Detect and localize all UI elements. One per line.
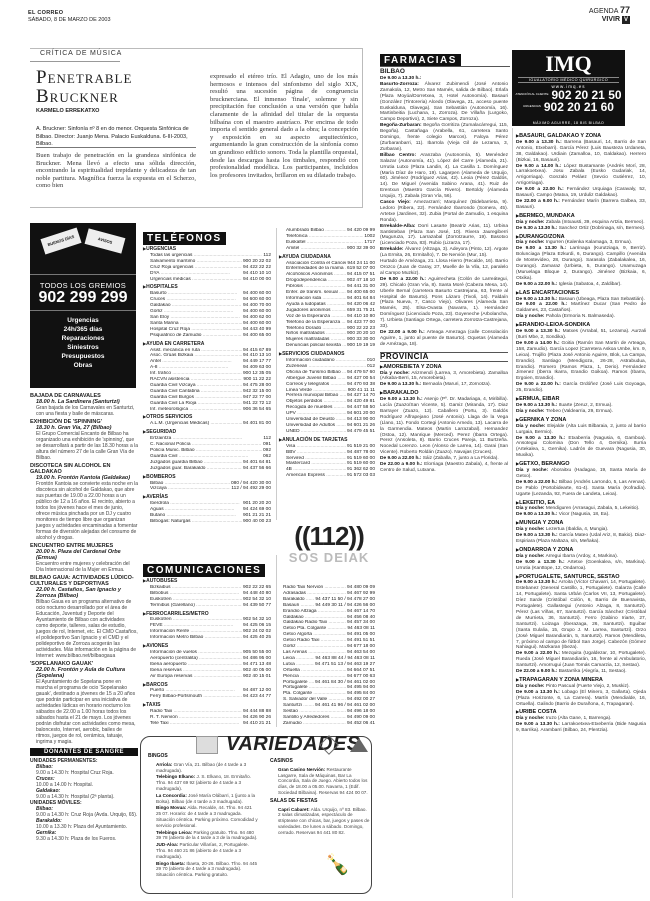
pharmacy-text: Aranzaba (Autonomía, 5). Menéndez Salaza… [380, 153, 508, 199]
phone-name: Air Europa reservas [150, 674, 242, 680]
phone-row: Juzgados guar. Barakaldo94 437 56 66 [143, 466, 271, 472]
casinos-heading: CASINOS [270, 759, 370, 765]
phone-row: Tele Taxi94 410 21 21 [143, 721, 271, 727]
pharmacy-entry: Día y noche: Aboraitxu (Hadagao, 19, San… [516, 468, 646, 480]
venue-item: Telebingo Leioa: Parking gratuito. Tfno.… [148, 830, 258, 842]
phone-name: Urgencias médicas [150, 277, 242, 283]
phone-row: A.L.M. (Urgencias Médicas)94 401 81 00 [143, 421, 271, 427]
time-label: Día y noche: [380, 371, 410, 376]
phone-name: Denuncias policial sexista [286, 343, 346, 349]
phone-number: 900 19 19 19 [346, 343, 375, 349]
pharmacy-entry: De 9.00 a 13.30 h.: Larrinaga (Kurutziag… [516, 246, 646, 281]
time-label: De 9.00 a 22.00 h.: [516, 302, 567, 307]
phone-number: 91 572 03 03 [346, 473, 375, 479]
venue-item: Capri Cabaret: Alda. Urquijo, nº 83. Bil… [270, 807, 370, 836]
time-label: De 22.00 a 9.00 h.: [380, 330, 425, 335]
review-kicker: CRÍTICA DE MÚSICA [40, 50, 122, 57]
emergency-label: SOS DEIAK [283, 550, 375, 565]
phone-name: Bilbogas: Naturgás [150, 519, 242, 525]
pharmacy-entry: De 9.00 a 22.00 h.: Fernández Urquiaga (… [516, 187, 646, 199]
time-label: Día y noche: [516, 424, 545, 429]
time-label: De 9.00 a 13.30 h.: [516, 560, 565, 565]
phone-number: 94 425 40 25 [242, 635, 271, 641]
phone-row: Air Europa reservas902 40 15 01 [143, 674, 271, 680]
fiestas-heading: SALAS DE FIESTAS [270, 799, 370, 805]
phone-number: 900 40 00 23 [242, 519, 271, 525]
event-item: EXHIBICIÓN DE 'SPINNING'18.30 h. Gran Ví… [30, 419, 138, 461]
phone-name: Psiquiátrico de Zamudio [150, 333, 242, 339]
time-label: De 9.30 a 13.30 h.: [516, 226, 557, 231]
time-label: Día y noche: [516, 716, 545, 721]
time-label: De 9.00 a 13.30 h.: [516, 403, 557, 408]
ad-phone: 902 299 299 [30, 290, 136, 311]
taxi-list: Radio Taxi Nervión94 480 09 09Adrasadas9… [283, 585, 375, 727]
pharmacy-text: Pahola (Ermoria N. Balmaseda). [546, 314, 615, 319]
pharmacy-entry: De 22.00 a 9.00 h.: Elorriaga (Maestro Z… [380, 462, 508, 474]
area-heading: ERMUA, EIBAR [516, 396, 646, 403]
comunicaciones-list: AUTOBUSESBizkaibus902 22 22 65Bilbobus94… [143, 576, 271, 727]
time-label: Día y noche: [516, 409, 545, 414]
zone-label: Basurto-Zorroza: [380, 82, 419, 87]
pharmacy-entry: De 22.00 a 9.00 h.: Arteaga Amezaga (cal… [380, 330, 508, 348]
phone-number: 94 423 44 77 [242, 694, 271, 700]
donantes-text: 9.30 a 14.30 h: Plaza de los Fueros. [30, 836, 138, 842]
pharmacy-entry: De 9.00 a 13.30 h.: Vicor (Nagusia, 18, … [516, 512, 646, 518]
phone-name: Inf. meteorológica [150, 407, 242, 413]
provincia-heading: PROVINCIA [380, 352, 508, 362]
event-item: BILBAO GAUA: ACTIVIDADES LÚDICO-CULTURAL… [30, 575, 138, 659]
time-label: De 9.00 a 22.00 h.: [516, 480, 557, 485]
imq-logo: IMQ [512, 52, 625, 76]
emergency-number: ((112)) [283, 522, 375, 550]
pharmacy-text: Basaun (Ubeaga, Plaza San Sebastián). [559, 297, 645, 302]
venue-item: Bingo Ibaeta: Ibaeta, 20-26. Bilbao. Tfn… [148, 861, 258, 878]
area-heading: BERMEO, MUNDAKA [516, 213, 646, 220]
pharmacy-entry: De 9.00 a 13.30 h.: Lobago (El Minero, 3… [516, 690, 646, 708]
phone-category: BOMBEROS [143, 474, 271, 481]
phone-name: UNED [286, 429, 346, 435]
pharmacy-entry: De 22.00 a 9.00 h.: Bastarrika (Alegría,… [516, 669, 646, 675]
time-label: De 9.00 a 13.30 h.: [516, 140, 562, 145]
phone-category: ANULACIÓN DE TARJETAS [279, 437, 375, 444]
phone-name: American Express [286, 473, 346, 479]
phone-name: Juzgados guar. Barakaldo [150, 466, 242, 472]
flag-icon: AVISOS [85, 228, 126, 253]
venue-name: Bingo Movua: [156, 805, 186, 810]
phone-category: AYUDA CIUDADANA [279, 254, 375, 261]
ad-todos-los-gremios[interactable]: BUENOS DÍAS AVISOS TODOS LOS GREMIOS 902… [30, 223, 136, 388]
pharmacy-entry: Errekalde: Álvarez (Altzaga, 3). Adeyora… [380, 247, 508, 259]
time-label: De 9.00 a 13.30 h.: [516, 297, 557, 302]
service-item: Urgencias [30, 316, 136, 325]
divider [276, 228, 277, 520]
pharmacy-entry: De 9.00 a 22.00 h.: García Ordóñez (José… [516, 382, 646, 394]
service-item: Obras [30, 361, 136, 370]
event-text: Bilbao Gaua es un programa alternativo d… [30, 599, 138, 659]
pharmacy-entry: De 9.00 a 22.00 h.: Mezquita (Ugaldezar,… [516, 651, 646, 669]
phone-name: Termibús (Garellano) [150, 603, 242, 609]
time-label: De 9.00 a 13.30 h.: [516, 580, 558, 585]
bingos-list: BINGOSArriola: Gran Vía, 21. Bilbao (de … [148, 752, 258, 879]
event-title: DISCOTECA SIN ALCOHOL EN GALDAKAO [30, 463, 138, 475]
event-text: El Ayuntamiento de Sopelana pone en marc… [30, 679, 138, 745]
pharmacy-text: Bastarrika (Alegría, 11, Sestao). [559, 669, 627, 674]
pharmacy-entry: Día y noche: Pahola (Ermoria N. Balmased… [516, 314, 646, 320]
imq-subtitle: IGUALATORIO MÉDICO QUIRÚRGICO [518, 77, 619, 83]
time-label: De 9.00 a 13.30 h.: [516, 512, 557, 517]
pharmacy-entry: Begoña-Zurbaran: Begoña Gorritiza (Zumal… [380, 123, 508, 153]
time-label: De 9.00 a 22.00 h.: [380, 456, 421, 461]
phone-number: 94 479 45 51 [346, 429, 375, 435]
zone-label: Casco Viejo: [380, 200, 411, 205]
phone-category: AYUDA EN CARRETERA [143, 341, 271, 348]
agenda-events: BAJADA DE CARNAVALES18.00 h. La Sardiner… [30, 393, 138, 842]
title-line: Bruckner [36, 87, 132, 106]
phone-number: 906 36 54 65 [242, 407, 271, 413]
paper-name: EL CORREO [28, 10, 63, 16]
masthead: EL CORREO SÁBADO, 8 DE MARZO DE 2003 [28, 10, 111, 24]
phone-row: Psiquiátrico de Zamudio94 400 65 00 [143, 333, 271, 339]
venue-item: JUD-Aloa: Particular Villarías, 2, Portu… [148, 842, 258, 859]
zone-label: Bilbao Centro: [380, 153, 416, 158]
imq-phone-row: URGENCIAS902 20 21 60 [512, 101, 625, 113]
pharmacy-text: Larrinaga (Kurutziaga, 9, Berriz). Bolun… [516, 246, 646, 281]
service-item: 24h/365 días [30, 325, 136, 334]
pharmacy-entry: De 9.00 a 14.00 h.: López Bustamante (An… [516, 164, 646, 188]
pharmacy-entry: De 9.00 a 22.00 h.: Martínez Ducar (San … [516, 302, 646, 314]
pharmacy-text: Zabala (Intxausti, 39, esquina Artzia, B… [546, 220, 645, 225]
time-label: Día y noche: [516, 314, 545, 319]
time-label: Día y noche: [516, 554, 545, 559]
phone-category: SEGURIDAD [143, 429, 271, 436]
pharmacy-entry: De 9.00 a 13.30 h.: Arroita (Víctor Chav… [516, 580, 646, 651]
time-label: De 9.00 a 13.30 h.: [516, 329, 560, 334]
pharmacy-entry: De 9.30 a 13.30 h.: Sanchez Ortiz (Dobri… [516, 226, 646, 232]
phone-number: 94 401 81 00 [242, 421, 271, 427]
pharmacy-entry: De 9.00 a 13.30 h.: Larrakoetxea-Etxeber… [516, 722, 646, 734]
champagne-glasses-icon: 🍾 [325, 852, 350, 877]
venue-item: Arriola: Gran Vía, 21. Bilbao (de 4 tard… [148, 762, 258, 774]
phone-row: Ferry Bilbao-Portsmouth94 423 44 77 [143, 694, 271, 700]
review-body-col2: expresado el etéreo trío. El Adagio, uno… [210, 73, 358, 179]
pharmacy-text: Arregui Ibarra (Ardoy, 4, Markina). [546, 554, 618, 559]
phone-category: URGENCIAS [143, 246, 271, 253]
zone-label: Errekalde-Alba: [380, 224, 415, 229]
telefonos-column-2: Alumbrado Bilbao94 420 09 99Telefónica10… [279, 228, 375, 479]
time-label: De 9.00 a 22.00 h.: [516, 382, 561, 387]
pharmacy-entry: De 9.00 a 14.00 h.: Goitia (Ramón San Ma… [516, 341, 646, 382]
phone-row: Vizcaya112 / 94 492 29 00 [143, 486, 271, 492]
time-label: De 9.00 a 13.30 h.: [516, 690, 560, 695]
bingos-heading: BINGOS [148, 754, 258, 760]
pharmacy-text: Ingurren (Kalenka Kalamaga, 3, Ermua). [546, 240, 632, 245]
venue-name: Gran Casino Nervión: [278, 767, 325, 772]
pharmacy-text: Goitia (Ramón San Martín de Arteaga, 158… [516, 341, 646, 381]
time-label: De 9.00 a 22.00 h.: [516, 187, 564, 192]
phone-name: Tele Taxi [150, 721, 242, 727]
pharmacy-entry: De 9.00 a 13.30 h.: Etxaberria (Nagusia,… [516, 436, 646, 460]
bilbao-heading: BILBAO [380, 66, 510, 75]
review-body-col1: Buen trabajo de penetración en la grande… [36, 152, 196, 190]
pharmacy-entry: De 9.00 a 22.00 h.: Aguirrecheta (Colón … [380, 277, 508, 330]
pharmacy-entry: De 9.00 a 13.30 h.: Matxes (Arrabal, 51,… [516, 329, 646, 341]
area-heading: GERNIKA Y ZONA [516, 417, 646, 424]
event-item: DISCOTECA SIN ALCOHOL EN GALDAKAO19.00 h… [30, 463, 138, 541]
pharmacy-entry: Basurto-Zorroza: Álvarez Zubimendi (José… [380, 82, 508, 123]
ad-112-sos-deiak[interactable]: ((112)) SOS DEIAK [283, 522, 375, 565]
time-label: De 22.00 a 9.00 h.: [516, 669, 557, 674]
event-time: 22.00 h. Castaños, San Ignacio y Zorroza… [30, 587, 138, 599]
pharmacy-entry: De 9.00 a 13.30 h.: Bernaola (Maruri, 17… [380, 382, 508, 388]
donantes-title: DONANTES DE SANGRE [30, 748, 138, 756]
time-label: De 9.00 a 13.30 h.: [516, 722, 560, 727]
pharmacy-entry: De 9.00 a 13.30 h.: Asenjo (Pº. Dr. Mada… [380, 397, 508, 456]
area-heading: GETXO, BERANGO [516, 461, 646, 468]
flags-logo: BUENOS DÍAS AVISOS [30, 223, 136, 275]
venue-name: La Concordia: [156, 793, 187, 798]
farmacias-provincia-column: BASAURI, GALDAKAO Y ZONADe 9.00 a 13.30 … [516, 131, 646, 734]
flag-icon: BUENOS DÍAS [40, 228, 81, 255]
phone-number: 94 410 00 00 [242, 277, 271, 283]
venue-name: JUD-Aloa: [156, 842, 178, 847]
ad-imq[interactable]: IMQ IGUALATORIO MÉDICO QUIRÚRGICO www.im… [512, 50, 625, 120]
subsection-name: VIVIR [602, 16, 620, 23]
review-title: Penetrable Bruckner [36, 68, 132, 106]
pharmacy-entry: De 9.00 a 22.00 h.: Bilbao (Andrés Larro… [516, 480, 646, 498]
pharmacy-text: Mendiguren (Arrasagui, Zabala, 5, Lekeit… [546, 506, 640, 511]
time-label: Día y noche: [516, 527, 545, 532]
phone-row: Bilbogas: Naturgás900 40 00 23 [143, 519, 271, 525]
pharmacy-entry: De 9.00 a 22.00 h.: Iglesia (Sabatoa, 4,… [516, 282, 646, 288]
section-header: AGENDA 77 VIVIR V [589, 6, 630, 24]
event-time: 22.00 h. Frontón y Aula de Cultura (Sope… [30, 667, 138, 679]
event-time: 20.00 h. Plaza del Cardenal Orbe (Ermua) [30, 549, 138, 561]
time-label: De 9.00 a 13.30 h.: [516, 436, 565, 441]
venue-name: Capri Cabaret: [278, 807, 310, 812]
pharmacy-text: Sanchez Ortiz (Dobrinaga, s/n, Bermeo). [559, 226, 646, 231]
farmacias-bilbao-column: De 9.00 a 13.30 h.:Basurto-Zorroza: Álva… [380, 76, 508, 474]
venue-item: Gran Casino Nervión: Restaurante Lasgarr… [270, 767, 370, 796]
time-label: Día y noche: [516, 220, 545, 225]
service-item: Presupuestos [30, 352, 136, 361]
time-label: De 9.00 a 13.30 h.: [516, 533, 558, 538]
time-label: De 9.00 a 22.00 h.: [516, 282, 557, 287]
time-label: Día y noche: [516, 468, 548, 473]
pharmacy-text: Asenjo (Pº. Dr. Madariaga, 4, Miribilla)… [380, 397, 508, 455]
event-text: Frontón Kantoia se convierte esta noche … [30, 481, 138, 541]
venue-item: Telebingo Elkano: J. S. Elkano, 18. Ermi… [148, 774, 258, 791]
pharmacy-text: Iglesia (Sabatoa, 4, Zaldibar). [559, 282, 622, 287]
divider [36, 147, 196, 148]
area-heading: ONDARROA Y ZONA [516, 547, 646, 554]
phone-number: 94 439 50 77 [242, 603, 271, 609]
event-item: BAJADA DE CARNAVALES18.00 h. La Sardiner… [30, 393, 138, 417]
title-line: Penetrable [36, 68, 132, 87]
service-item: Siniestros [30, 343, 136, 352]
phone-number: 94 437 56 66 [242, 466, 271, 472]
time-label: De 9.00 a 22.00 h.: [380, 277, 426, 282]
phone-name: Información Metro Bilbao [150, 635, 242, 641]
phone-row: Inf. meteorológica906 36 54 65 [143, 407, 271, 413]
pharmacy-text: Trebeo (Valdearria, 29, Ermua). [546, 409, 613, 414]
phone-category: AUTOBUSES [143, 578, 271, 585]
pharmacy-text: Álvarez Zubimendi (José Antonio Zamakola… [380, 82, 508, 122]
phone-name: Amitel [286, 246, 346, 252]
time-label: De 9.00 a 13.30 h.: [516, 246, 566, 251]
venue-name: Bingo Ibaeta: [156, 861, 185, 866]
phone-row: Zamudio94 452 06 41 [283, 721, 375, 727]
phone-number: 94 410 21 21 [242, 721, 271, 727]
pharmacy-entry: Día y noche: Elejalde (Alta Luis Bilbara… [516, 424, 646, 436]
event-text: El Grupo Comercial Encanto de Bilbao ha … [30, 431, 138, 461]
area-heading: TRAPAGARAN Y ZONA MINERA [516, 677, 646, 684]
page-number: 77 [620, 5, 630, 15]
telefonos-column-1: URGENCIASTodas las urgencias112Salvament… [143, 244, 271, 525]
event-text: Encuentro entre mujeres y celebración de… [30, 561, 138, 573]
phone-number: 112 / 94 492 29 00 [230, 486, 271, 492]
issue-date: SÁBADO, 8 DE MARZO DE 2003 [28, 17, 111, 23]
zone-label: Errekalde: [380, 247, 403, 252]
phone-category: AVIONES [143, 643, 271, 650]
pharmacy-entry: Día y noche: Arizmendi (Larrea, 3, Amore… [380, 371, 508, 383]
time-label: Día y noche: [516, 506, 545, 511]
pharmacy-text: Arroita (Víctor Chavarri, 14, Portugalet… [516, 580, 646, 650]
venue-name: Telebingo Leioa: [156, 830, 192, 835]
area-heading: AMOREBIETA Y ZONA [380, 364, 508, 371]
time-label: De 22.00 a 9.00 h.: [380, 462, 423, 467]
ad-services: Urgencias 24h/365 días Reparaciones Sini… [30, 316, 136, 370]
pharmacy-entry: De 9.00 a 13.30 h.: Barrena (Basauri, 14… [516, 140, 646, 164]
venue-item: La Concordia: José María Olábarri, 1 (ju… [148, 793, 258, 805]
event-item: ENCUENTRO ENTRE MUJERES20.00 h. Plaza de… [30, 543, 138, 573]
phone-row: American Express91 572 03 03 [279, 473, 375, 479]
divider [30, 61, 120, 62]
pharmacy-entry: Día y noche: Trebeo (Valdearria, 29, Erm… [516, 409, 646, 415]
pharmacy-entry: De 22.00 a 9.00 h.: Fernández Marín (Bar… [516, 199, 646, 211]
time-label: De 9.00 a 14.00 h.: [516, 341, 560, 346]
pharmacy-entry: De 9.00 a 13.30 h.: Artetxe (Goenkalea, … [516, 560, 646, 572]
venue-name: Telebingo Elkano: [156, 774, 195, 779]
review-info: A. Bruckner: Sinfonía nº 8 en do menor. … [36, 126, 196, 149]
phone-number: 902 40 15 01 [242, 674, 271, 680]
pharmacy-entry: Hurtado de Amézaga, 21. Llosa Hierro (Re… [380, 259, 508, 277]
pharmacy-text: Aguirrecheta (Colón de Larreátegui, 29).… [380, 277, 508, 329]
phone-row: Información Metro Bilbao94 425 40 25 [143, 635, 271, 641]
time-label: Día y noche: [516, 240, 545, 245]
time-label: Día y noche: [516, 684, 545, 689]
phone-category: SERVICIOS CIUDADANOS [279, 351, 375, 358]
pharmacy-text: Lezertua (Ibaldia, 4, Mungia). [546, 527, 608, 532]
phone-name: Ferry Bilbao-Portsmouth [150, 694, 242, 700]
phone-row: Amitel900 32 39 00 [279, 246, 375, 252]
pharmacy-entry: Errekalde-Alba: Dorri Lasarte (Beatriz A… [380, 224, 508, 248]
phone-number: 94 400 65 00 [242, 333, 271, 339]
phone-number: 94 452 06 41 [346, 721, 375, 727]
time-label: De 9.00 a 22.00 h.: [516, 651, 560, 656]
imq-phone-label: ATENCIÓN AL CLIENTE [515, 93, 548, 97]
venue-item: Bingo Movua: Alda. Recalde, 44. Tfno. 94… [148, 805, 258, 828]
divider [512, 128, 513, 898]
divider [276, 555, 277, 727]
phone-row: Denuncias policial sexista900 19 19 19 [279, 343, 375, 349]
cards-icon [350, 738, 368, 752]
event-text: Gran bajada de los Carnavales en Santurt… [30, 405, 138, 417]
zone-label: Begoña-Zurbaran: [380, 123, 422, 128]
phone-name: Zamudio [283, 721, 346, 727]
pharmacy-text: Pinto Pascual (Fuerte Viejo, 2, Muskiz). [546, 684, 630, 689]
subsection-tag: V [622, 16, 630, 24]
service-item: Reparaciones [30, 334, 136, 343]
pharmacy-text: Vicor (Nagusia, 18, Ea). [559, 512, 610, 517]
pharmacy-text: Bernaola (Maruri, 17, Zornotza). [423, 382, 491, 387]
phone-row: Urgencias médicas94 410 00 00 [143, 277, 271, 283]
pharmacy-entry: Bilbao Centro: Aranzaba (Autonomía, 5). … [380, 153, 508, 200]
imq-phone: 902 20 21 60 [544, 101, 614, 113]
event-item: 'SOPELANAKO GAUAK'22.00 h. Frontón y Aul… [30, 661, 138, 745]
time-label: De 9.00 a 13.30 h.: [380, 397, 423, 402]
imq-phone-label: URGENCIAS [523, 105, 541, 109]
phone-name: A.L.M. (Urgencias Médicas) [150, 421, 242, 427]
pharmacy-text: Sáiz (Zaballa, 7, junto a La Florida). [423, 456, 499, 461]
phone-row: UNED94 479 45 51 [279, 429, 375, 435]
section-name: AGENDA [589, 8, 618, 15]
pharmacy-entry: De 9.00 a 13.30 h.: García Mateo (Udal A… [516, 533, 646, 545]
area-heading: LAS ENCARTACIONES [516, 290, 646, 297]
time-label: De 9.00 a 14.00 h.: [516, 164, 561, 169]
pharmacy-text: Iruzo (Alta Gane, 1, Barrenga). [546, 716, 612, 721]
time-label: De 9.00 a 13.30 h.: [380, 76, 421, 81]
venue-name: Arriola: [156, 762, 172, 767]
event-title: BILBAO GAUA: ACTIVIDADES LÚDICO-CULTURAL… [30, 575, 138, 587]
phone-row: Termibús (Garellano)94 439 50 77 [143, 603, 271, 609]
casinos-list: CASINOSGran Casino Nervión: Restaurante … [270, 757, 370, 836]
time-label: De 9.00 a 13.30 h.: [380, 382, 421, 387]
phone-name: Vizcaya [150, 486, 230, 492]
imq-address: MÁXIMO AGUIRRE, 18 BIS BILBAO [512, 120, 625, 126]
review-author: KARMELO ERREKATXO [36, 108, 99, 114]
area-heading: BASAURI, GALDAKAO Y ZONA [516, 133, 646, 140]
pharmacy-entry: Casco Viejo: Amezarzarri; Marquínez (Bid… [380, 200, 508, 224]
phone-number: 900 32 39 00 [346, 246, 375, 252]
pharmacy-text: Ituarte (Zeruz, 2, Ermua). [559, 403, 613, 408]
time-label: De 22.00 a 9.00 h.: [516, 199, 560, 204]
